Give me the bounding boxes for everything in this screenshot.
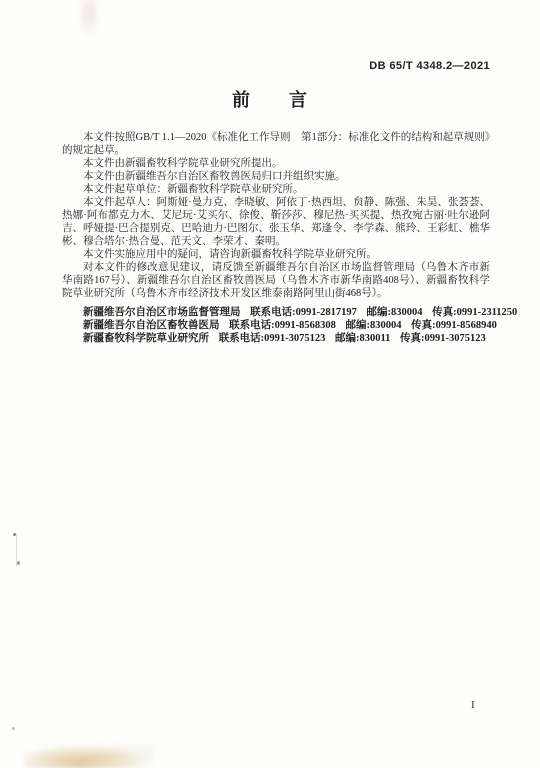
page-number: I <box>471 699 475 711</box>
contact-fax: 传真:0991-3075123 <box>400 333 486 344</box>
page-title: 前 言 <box>0 86 540 112</box>
contact-row-husbandry-bureau: 新疆维吾尔自治区畜牧兽医局 联系电话:0991-8568308 邮编:83000… <box>62 319 490 332</box>
contact-postcode: 邮编:830004 <box>346 320 402 331</box>
scan-shadow-bottom-left <box>24 744 154 768</box>
paragraph-centralized-by: 本文件由新疆维吾尔自治区畜牧兽医局归口并组织实施。 <box>62 170 490 183</box>
doc-number: DB 65/T 4348.2—2021 <box>369 60 490 72</box>
foreword-body: 本文件按照GB/T 1.1—2020《标准化工作导则 第1部分：标准化文件的结构… <box>62 131 490 345</box>
paragraph-feedback-addresses: 对本文件的修改意见建议，请反馈至新疆维吾尔自治区市场监督管理局（乌鲁木齐市新华南… <box>62 261 490 300</box>
contact-row-grassland-institute: 新疆畜牧科学院草业研究所 联系电话:0991-3075123 邮编:830011… <box>62 332 490 345</box>
contact-phone: 联系电话:0991-2817197 <box>250 307 357 318</box>
contact-fax: 传真:0991-2311250 <box>432 307 517 318</box>
contact-org: 新疆维吾尔自治区畜牧兽医局 <box>83 320 220 331</box>
document-page: DB 65/T 4348.2—2021 前 言 本文件按照GB/T 1.1—20… <box>0 0 540 768</box>
contact-postcode: 邮编:830004 <box>367 307 423 318</box>
contact-fax: 传真:0991-8568940 <box>411 320 497 331</box>
contact-postcode: 邮编:830011 <box>335 333 390 344</box>
contact-org: 新疆畜牧科学院草业研究所 <box>83 333 209 344</box>
paragraph-drafters: 本文件起草人：阿斯娅·曼力克、李晓敏、阿依丁·热西坦、贠静、陈强、朱昊、张荟荟、… <box>62 196 490 248</box>
paragraph-drafting-organization: 本文件起草单位：新疆畜牧科学院草业研究所。 <box>62 183 490 196</box>
scan-speck <box>17 561 20 565</box>
contact-phone: 联系电话:0991-8568308 <box>229 320 336 331</box>
scan-speck <box>13 533 16 536</box>
contact-list: 新疆维吾尔自治区市场监督管理局 联系电话:0991-2817197 邮编:830… <box>62 306 490 345</box>
scan-smudge-top <box>78 0 100 38</box>
paragraph-drafting-basis: 本文件按照GB/T 1.1—2020《标准化工作导则 第1部分：标准化文件的结构… <box>62 131 490 157</box>
contact-org: 新疆维吾尔自治区市场监督管理局 <box>83 307 241 318</box>
paragraph-inquiries: 本文件实施应用中的疑问，请咨询新疆畜牧科学院草业研究所。 <box>62 248 490 261</box>
contact-row-market-bureau: 新疆维吾尔自治区市场监督管理局 联系电话:0991-2817197 邮编:830… <box>62 306 490 319</box>
paragraph-proposed-by: 本文件由新疆畜牧科学院草业研究所提出。 <box>62 157 490 170</box>
contact-phone: 联系电话:0991-3075123 <box>219 333 326 344</box>
scan-speck <box>12 727 15 730</box>
scan-hair-line <box>16 534 17 566</box>
